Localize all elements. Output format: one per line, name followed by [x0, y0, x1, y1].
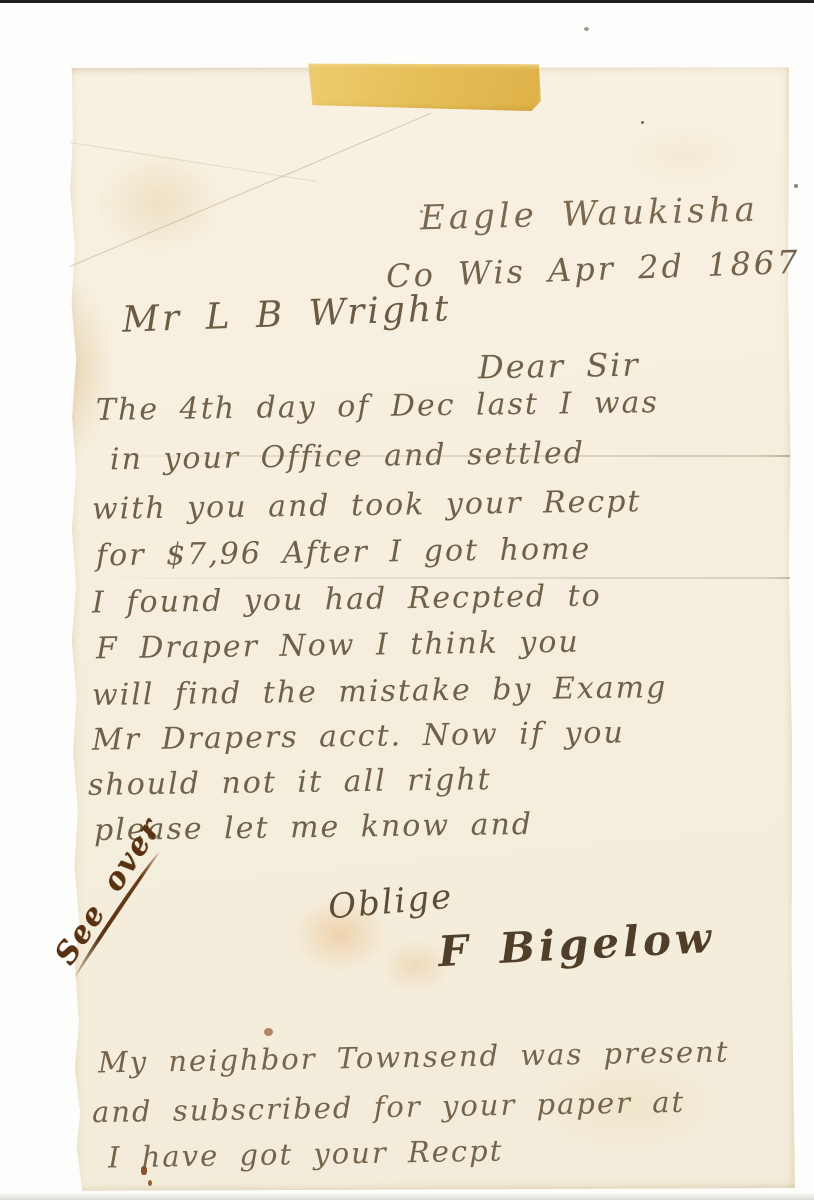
- ink-speck: [794, 184, 798, 188]
- body-line: should not it all right: [88, 762, 492, 803]
- ink-speck: [148, 1180, 152, 1186]
- body-line: in your Office and settled: [110, 436, 585, 478]
- body-line: Mr Drapers acct. Now if you: [92, 715, 625, 757]
- scanner-edge-line: [0, 0, 814, 3]
- scanner-bottom-shadow: [0, 1193, 814, 1200]
- body-line: for $7,96 After I got home: [96, 532, 592, 574]
- postscript-line: I have got your Recpt: [108, 1134, 504, 1175]
- fold-line: [70, 577, 790, 579]
- ink-blot: [264, 1028, 273, 1036]
- ink-speck: [584, 27, 589, 31]
- scanned-letter-page: Eagle Waukisha Co Wis Apr 2d 1867 Mr L B…: [0, 0, 814, 1200]
- body-line: F Draper Now I think you: [96, 625, 580, 667]
- salutation-line: Dear Sir: [478, 346, 640, 387]
- ink-speck: [641, 121, 644, 124]
- body-line: I found you had Recpted to: [92, 578, 602, 620]
- tape-strip: [308, 62, 541, 111]
